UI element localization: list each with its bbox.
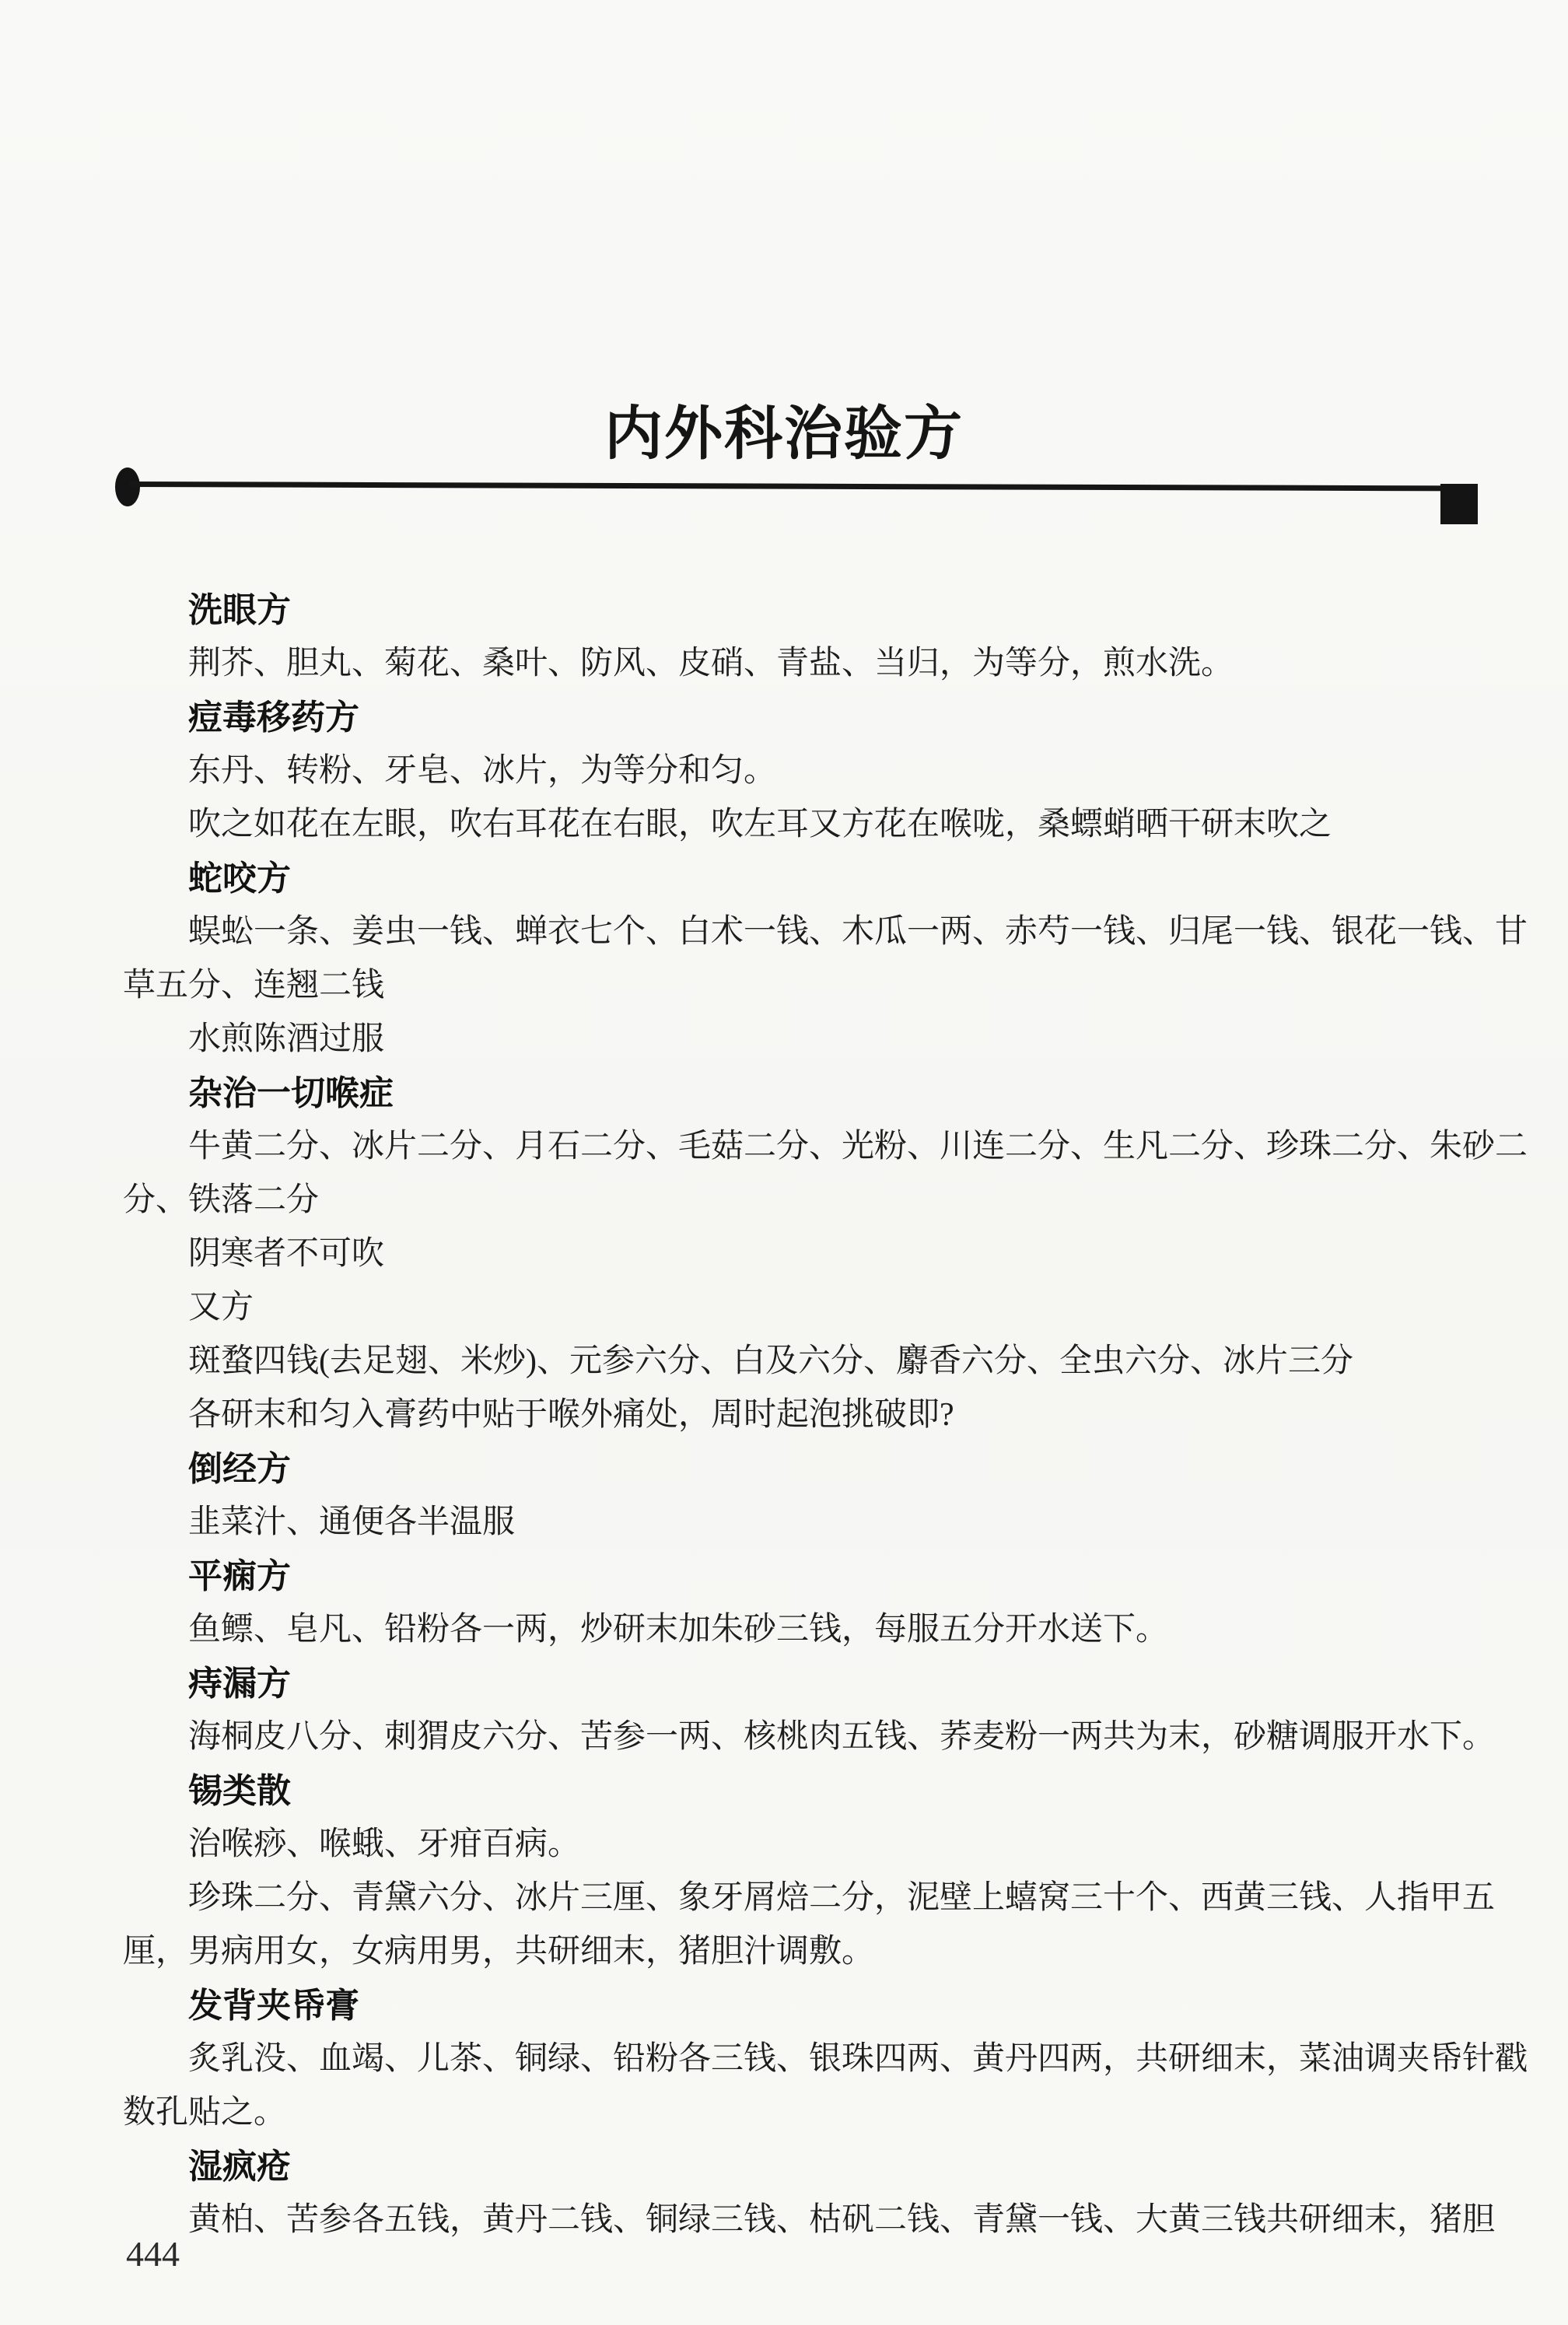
divider-square-icon (1440, 484, 1478, 524)
recipe-heading: 发背夹帋膏 (123, 1979, 1523, 2033)
recipe-text-line: 斑蝥四钱(去足翅、米炒)、元参六分、白及六分、麝香六分、全虫六分、冰片三分 (123, 1335, 1523, 1388)
divider-rule (129, 481, 1464, 491)
recipe-heading: 蛇咬方 (123, 852, 1523, 905)
recipe-heading: 痘毒移药方 (123, 691, 1523, 744)
recipe-text-line: 珍珠二分、青黛六分、冰片三厘、象牙屑焙二分，泥壁上蟢窝三十个、西黄三钱、人指甲五 (123, 1872, 1523, 1925)
recipe-text-line: 东丹、转粉、牙皂、冰片，为等分和匀。 (123, 744, 1523, 798)
recipe-heading: 湿疯疮 (123, 2140, 1523, 2194)
recipe-text-line: 蜈蚣一条、姜虫一钱、蝉衣七个、白术一钱、木瓜一两、赤芍一钱、归尾一钱、银花一钱、… (123, 905, 1523, 959)
recipe-text-line: 水煎陈酒过服 (123, 1013, 1523, 1066)
page-number: 444 (126, 2234, 180, 2274)
recipe-text-line: 荆芥、胆丸、菊花、桑叶、防风、皮硝、青盐、当归，为等分，煎水洗。 (123, 637, 1523, 691)
recipe-heading: 痔漏方 (123, 1657, 1523, 1710)
page-title: 内外科治验方 (0, 387, 1568, 471)
recipe-text-line: 海桐皮八分、刺猬皮六分、苦参一两、核桃肉五钱、荞麦粉一两共为末，砂糖调服开水下。 (123, 1710, 1523, 1764)
recipe-text-line: 数孔贴之。 (123, 2086, 1523, 2140)
recipe-text-line: 又方 (123, 1281, 1523, 1335)
recipe-text-line: 草五分、连翘二钱 (123, 959, 1523, 1013)
recipe-heading: 杂治一切喉症 (123, 1066, 1523, 1120)
recipe-heading: 倒经方 (123, 1442, 1523, 1496)
recipe-text-line: 治喉痧、喉蛾、牙疳百病。 (123, 1818, 1523, 1872)
recipe-text-line: 吹之如花在左眼，吹右耳花在右眼，吹左耳又方花在喉咙，桑螵蛸晒干研末吹之 (123, 798, 1523, 852)
recipe-text-line: 鱼鳔、皂凡、铅粉各一两，炒研末加朱砂三钱，每服五分开水送下。 (123, 1603, 1523, 1657)
recipe-text-line: 炙乳没、血竭、儿茶、铜绿、铅粉各三钱、银珠四两、黄丹四两，共研细末，菜油调夹帋针… (123, 2033, 1523, 2086)
recipe-heading: 洗眼方 (123, 583, 1523, 637)
recipe-text-line: 厘，男病用女，女病用男，共研细末，猪胆汁调敷。 (123, 1925, 1523, 1979)
recipes-content: 洗眼方荆芥、胆丸、菊花、桑叶、防风、皮硝、青盐、当归，为等分，煎水洗。痘毒移药方… (123, 583, 1523, 2247)
recipe-text-line: 各研末和匀入膏药中贴于喉外痛处，周时起泡挑破即? (123, 1388, 1523, 1442)
recipe-text-line: 阴寒者不可吹 (123, 1227, 1523, 1281)
recipe-heading: 平痫方 (123, 1549, 1523, 1603)
recipe-text-line: 牛黄二分、冰片二分、月石二分、毛菇二分、光粉、川连二分、生凡二分、珍珠二分、朱砂… (123, 1120, 1523, 1174)
recipe-text-line: 韭菜汁、通便各半温服 (123, 1496, 1523, 1549)
recipe-text-line: 黄柏、苦参各五钱，黄丹二钱、铜绿三钱、枯矾二钱、青黛一钱、大黄三钱共研细末，猪胆 (123, 2194, 1523, 2247)
book-page: 内外科治验方 洗眼方荆芥、胆丸、菊花、桑叶、防风、皮硝、青盐、当归，为等分，煎水… (0, 0, 1568, 2325)
recipe-text-line: 分、铁落二分 (123, 1174, 1523, 1227)
recipe-heading: 锡类散 (123, 1764, 1523, 1818)
